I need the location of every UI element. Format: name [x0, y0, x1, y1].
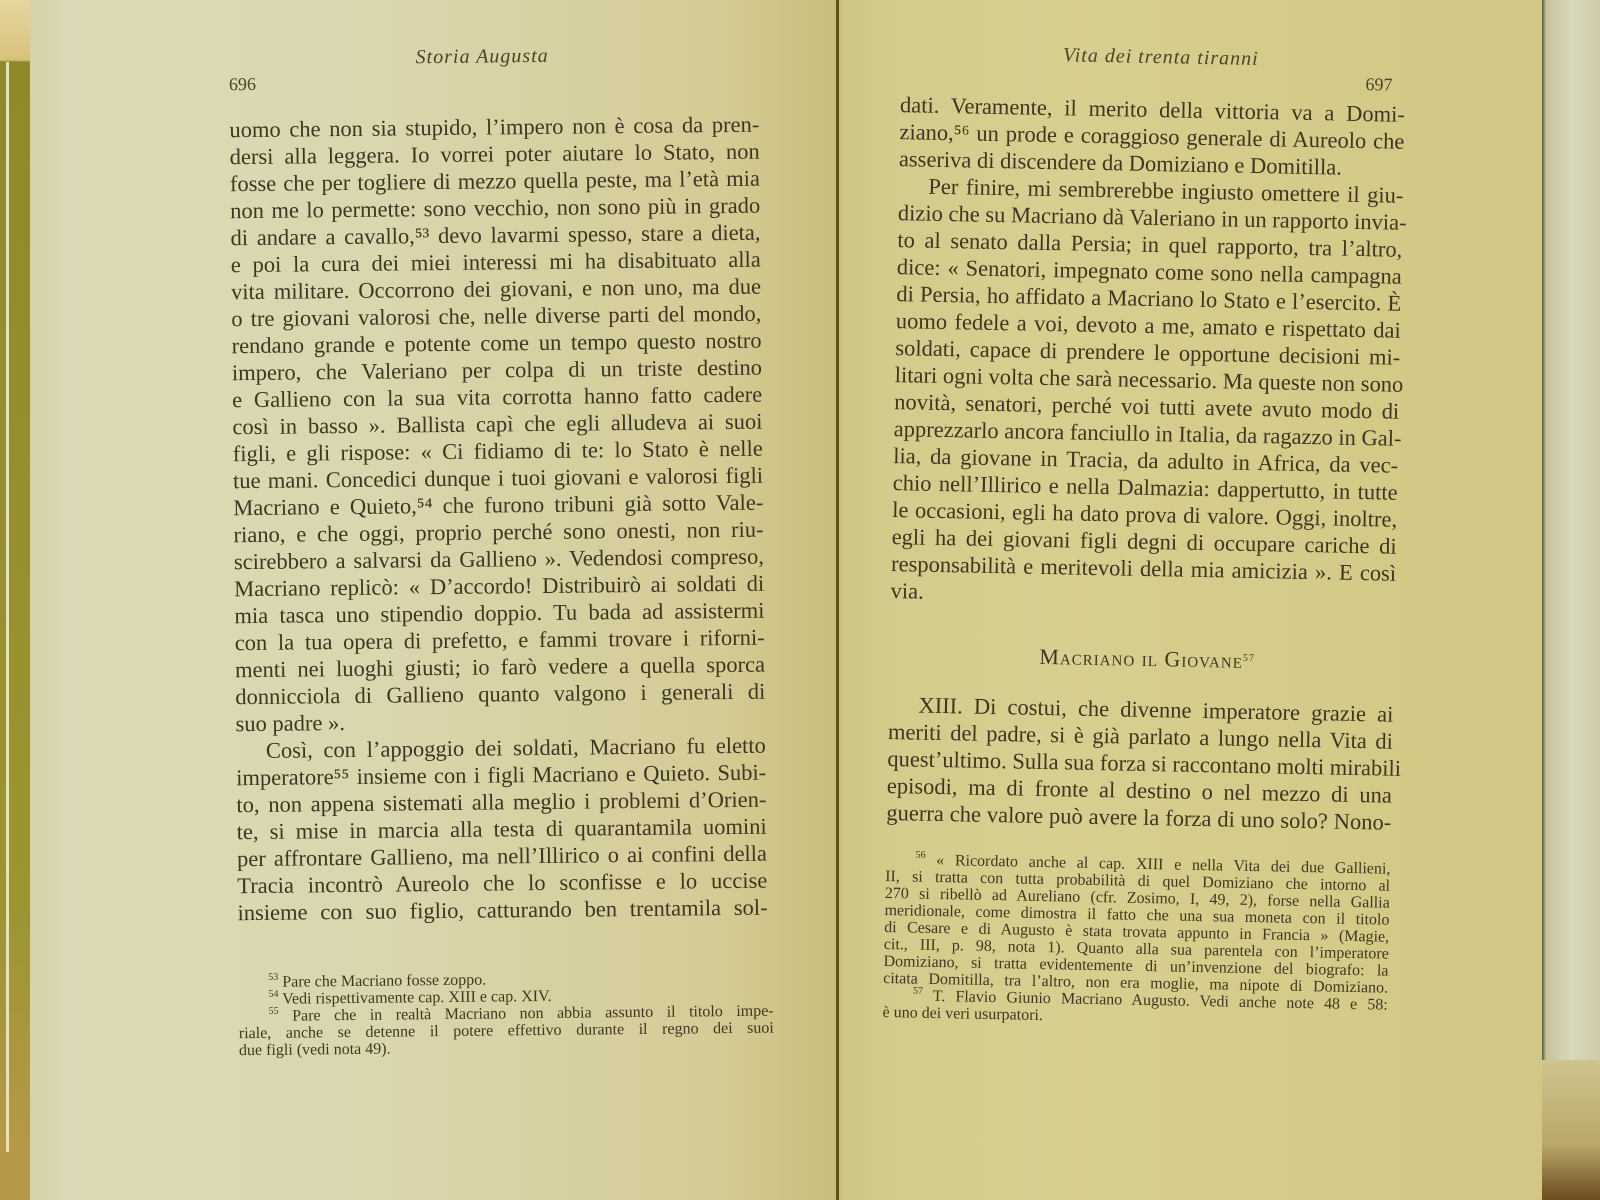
- footnote-number: 57: [913, 986, 923, 997]
- text-line: insieme con suo figlio, catturando ben t…: [237, 894, 767, 927]
- book-cover-edge: [0, 0, 30, 1200]
- right-footnotes: 56 « Ricordato anche al cap. XIII e nell…: [882, 851, 1390, 1031]
- running-head-left: Storia Augusta: [416, 45, 549, 69]
- footnote-number: 53: [268, 972, 278, 983]
- section-body-text: XIII. Di costui, che divenne imperatore …: [886, 691, 1393, 836]
- page-number-left: 696: [229, 74, 256, 95]
- footnote-text: Pare che Macriano fosse zoppo.: [282, 972, 486, 991]
- text-line: donnicciola di Gallieno quanto valgono i…: [235, 678, 765, 711]
- footnote-number: 56: [915, 850, 925, 861]
- footnote-number: 55: [269, 1006, 279, 1017]
- footnote-ref: 57: [1243, 653, 1255, 664]
- right-page: Vita dei trenta tiranni 697 dati. Verame…: [842, 0, 1542, 1200]
- section-heading: Macriano il Giovane57: [1039, 644, 1255, 674]
- book-gutter: [836, 0, 839, 1200]
- left-page: 696 Storia Augusta uomo che non sia stup…: [60, 0, 840, 1200]
- section-title: Macriano il Giovane: [1039, 644, 1243, 673]
- running-head-right: Vita dei trenta tiranni: [1063, 44, 1259, 71]
- next-page-edge: [1542, 0, 1600, 1200]
- book-photo: 696 Storia Augusta uomo che non sia stup…: [0, 0, 1600, 1200]
- footnote-number: 54: [268, 989, 278, 1000]
- right-body-text: dati. Veramente, il merito della vittori…: [890, 91, 1405, 614]
- left-footnotes: 53 Pare che Macriano fosse zoppo. 54 Ved…: [238, 969, 774, 1060]
- page-number-right: 697: [1365, 74, 1392, 96]
- cover-strip: [6, 62, 9, 1152]
- desk-surface: [1542, 1060, 1600, 1200]
- left-body-text: uomo che non sia stupido, l’impero non è…: [229, 111, 767, 927]
